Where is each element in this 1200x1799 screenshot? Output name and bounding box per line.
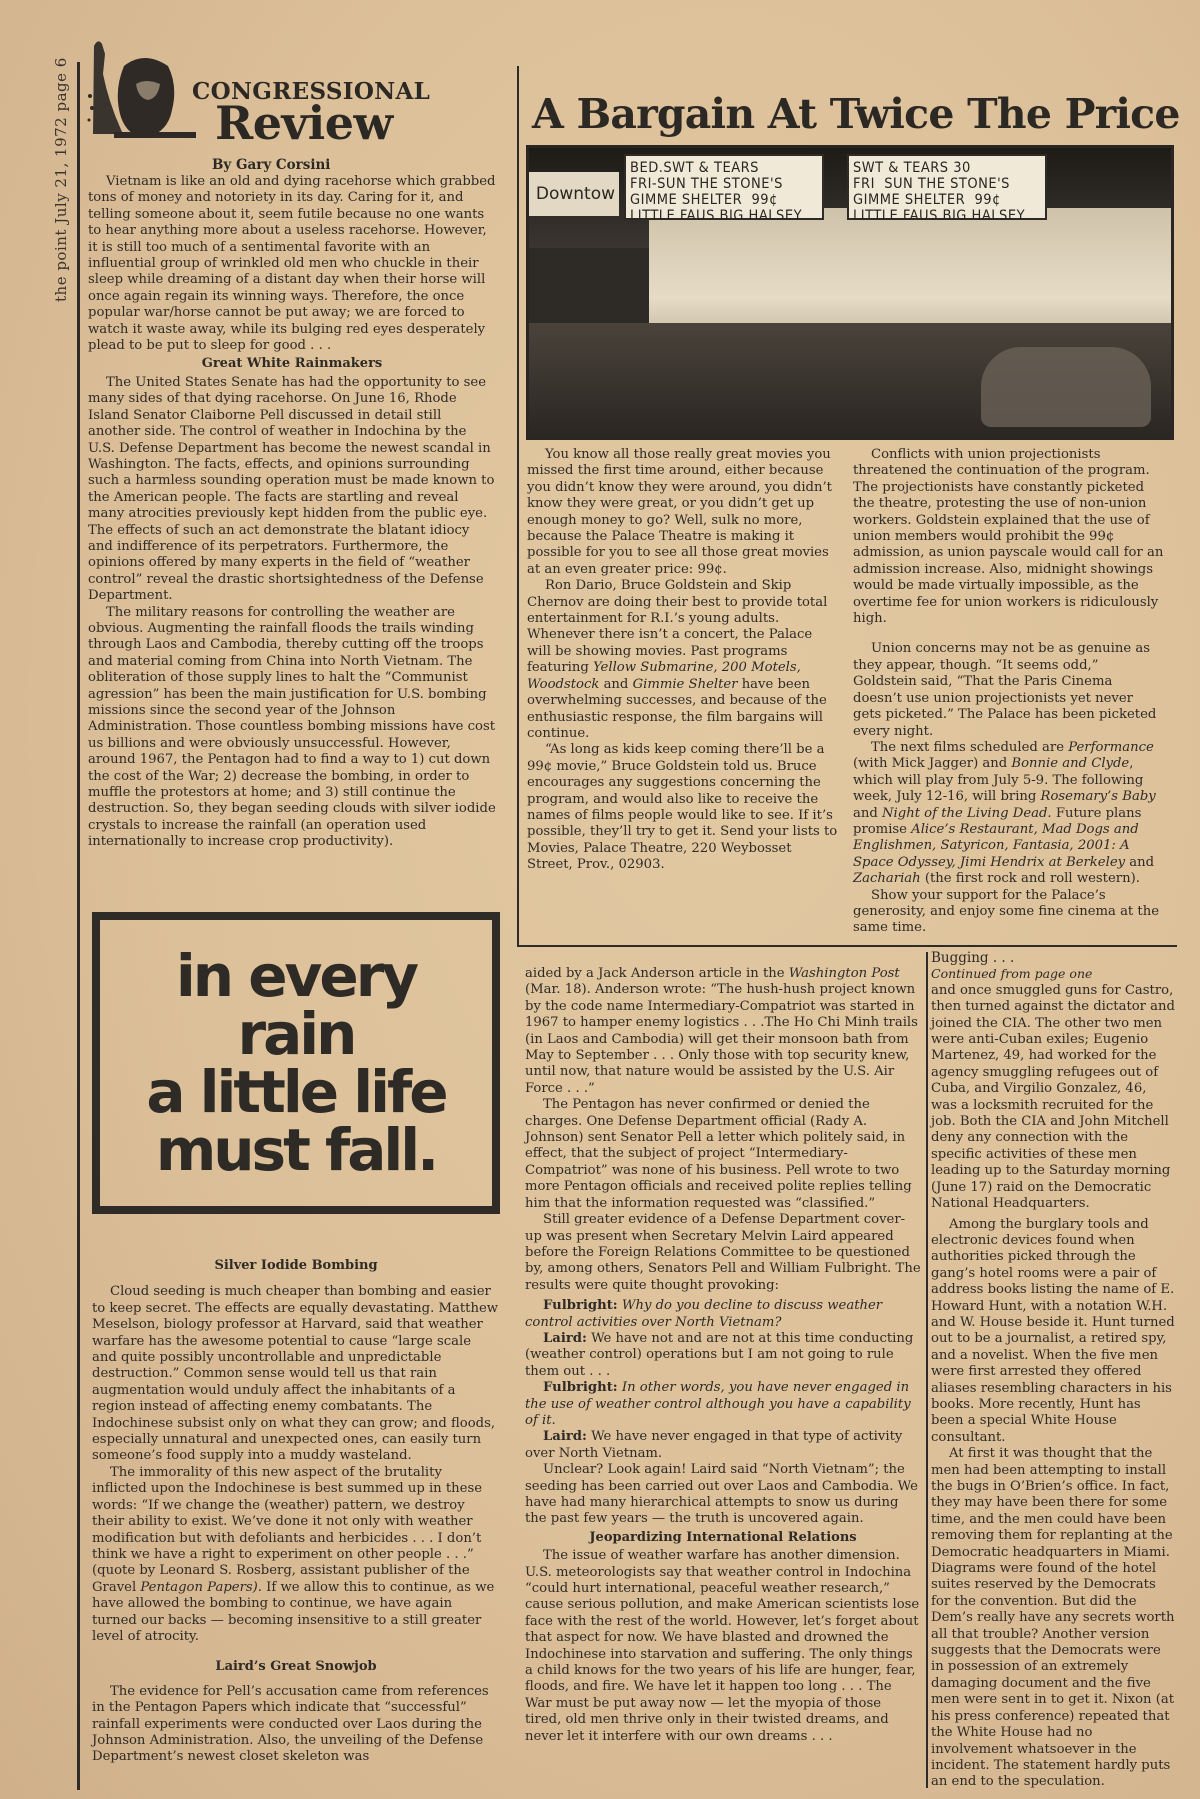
review-column-lower: Silver Iodide Bombing Cloud seeding is m… xyxy=(92,1256,500,1766)
downtown-sign: Downtow xyxy=(529,172,619,216)
review-paragraph: Unclear? Look again! Laird said “North V… xyxy=(525,1462,921,1528)
section-heading: Laird’s Great Snowjob xyxy=(92,1659,500,1675)
dialogue-line: Fulbright: Why do you decline to discuss… xyxy=(525,1298,921,1331)
palace-theatre-photo: Downtow BED.SWT & TEARS FRI-SUN THE STON… xyxy=(526,145,1174,440)
review-paragraph: Cloud seeding is much cheaper than bombi… xyxy=(92,1284,500,1464)
review-paragraph: The United States Senate has had the opp… xyxy=(88,375,496,605)
ad-line: in every xyxy=(176,947,416,1005)
bargain-bottom-rule xyxy=(517,945,1177,947)
bargain-column-right: Conflicts with union projectionists thre… xyxy=(853,447,1165,937)
bugging-column: Bugging . . . Continued from page one an… xyxy=(931,950,1175,1791)
bargain-paragraph: Show your support for the Palace’s gener… xyxy=(853,888,1165,937)
marquee-left: BED.SWT & TEARS FRI-SUN THE STONE'S GIMM… xyxy=(624,154,824,220)
review-intro: Vietnam is like an old and dying racehor… xyxy=(88,174,496,354)
byline: By Gary Corsini xyxy=(212,157,330,173)
review-continued-column: aided by a Jack Anderson article in the … xyxy=(525,966,921,1745)
bargain-paragraph: Union concerns may not be as genuine as … xyxy=(853,641,1165,739)
section-heading: Great White Rainmakers xyxy=(88,356,496,372)
bargain-paragraph: Ron Dario, Bruce Goldstein and Skip Cher… xyxy=(527,578,839,742)
section-heading: Jeopardizing International Relations xyxy=(525,1530,921,1546)
marquee-right: SWT & TEARS 30 FRI SUN THE STONE'S GIMME… xyxy=(847,154,1047,220)
review-paragraph: The military reasons for controlling the… xyxy=(88,605,496,851)
bugging-paragraph: and once smuggled guns for Castro, then … xyxy=(931,983,1175,1213)
ad-line: a little life xyxy=(146,1063,445,1121)
bargain-left-rule xyxy=(517,66,519,946)
rain-advertisement: in every rain a little life must fall. xyxy=(92,912,500,1214)
column-masthead: Review xyxy=(215,100,393,146)
caricature-cartoon-icon xyxy=(84,36,196,140)
bugging-title: Bugging . . . xyxy=(931,950,1175,966)
continued-from-link: Continued from page one xyxy=(931,966,1175,982)
dialogue-line: Laird: We have never engaged in that typ… xyxy=(525,1429,921,1462)
left-column-rule xyxy=(77,62,80,1790)
bugging-paragraph: Among the burglary tools and electronic … xyxy=(931,1217,1175,1447)
bargain-paragraph: “As long as kids keep coming there’ll be… xyxy=(527,742,839,873)
car xyxy=(981,347,1151,427)
bargain-headline: A Bargain At Twice The Price xyxy=(532,90,1180,138)
review-paragraph: Still greater evidence of a Defense Depa… xyxy=(525,1212,921,1294)
review-paragraph: aided by a Jack Anderson article in the … xyxy=(525,966,921,1097)
bargain-paragraph: You know all those really great movies y… xyxy=(527,447,839,578)
review-paragraph: The Pentagon has never confirmed or deni… xyxy=(525,1097,921,1212)
review-paragraph: The immorality of this new aspect of the… xyxy=(92,1465,500,1645)
bargain-paragraph: Conflicts with union projectionists thre… xyxy=(853,447,1165,627)
bugging-paragraph: At first it was thought that the men had… xyxy=(931,1446,1175,1791)
dialogue-line: Laird: We have not and are not at this t… xyxy=(525,1331,921,1380)
section-heading: Silver Iodide Bombing xyxy=(92,1258,500,1274)
bargain-paragraph: The next films scheduled are Performance… xyxy=(853,740,1165,888)
review-paragraph: The evidence for Pell’s accusation came … xyxy=(92,1684,500,1766)
bargain-column-left: You know all those really great movies y… xyxy=(527,447,839,874)
dialogue-line: Fulbright: In other words, you have neve… xyxy=(525,1380,921,1429)
bugging-column-rule xyxy=(926,952,928,1788)
review-column-upper: Vietnam is like an old and dying racehor… xyxy=(88,174,496,851)
ad-line: must fall. xyxy=(156,1121,436,1179)
ad-line: rain xyxy=(238,1005,355,1063)
review-paragraph: The issue of weather warfare has another… xyxy=(525,1548,921,1745)
page-dateline: the point July 21, 1972 page 6 xyxy=(52,62,74,302)
